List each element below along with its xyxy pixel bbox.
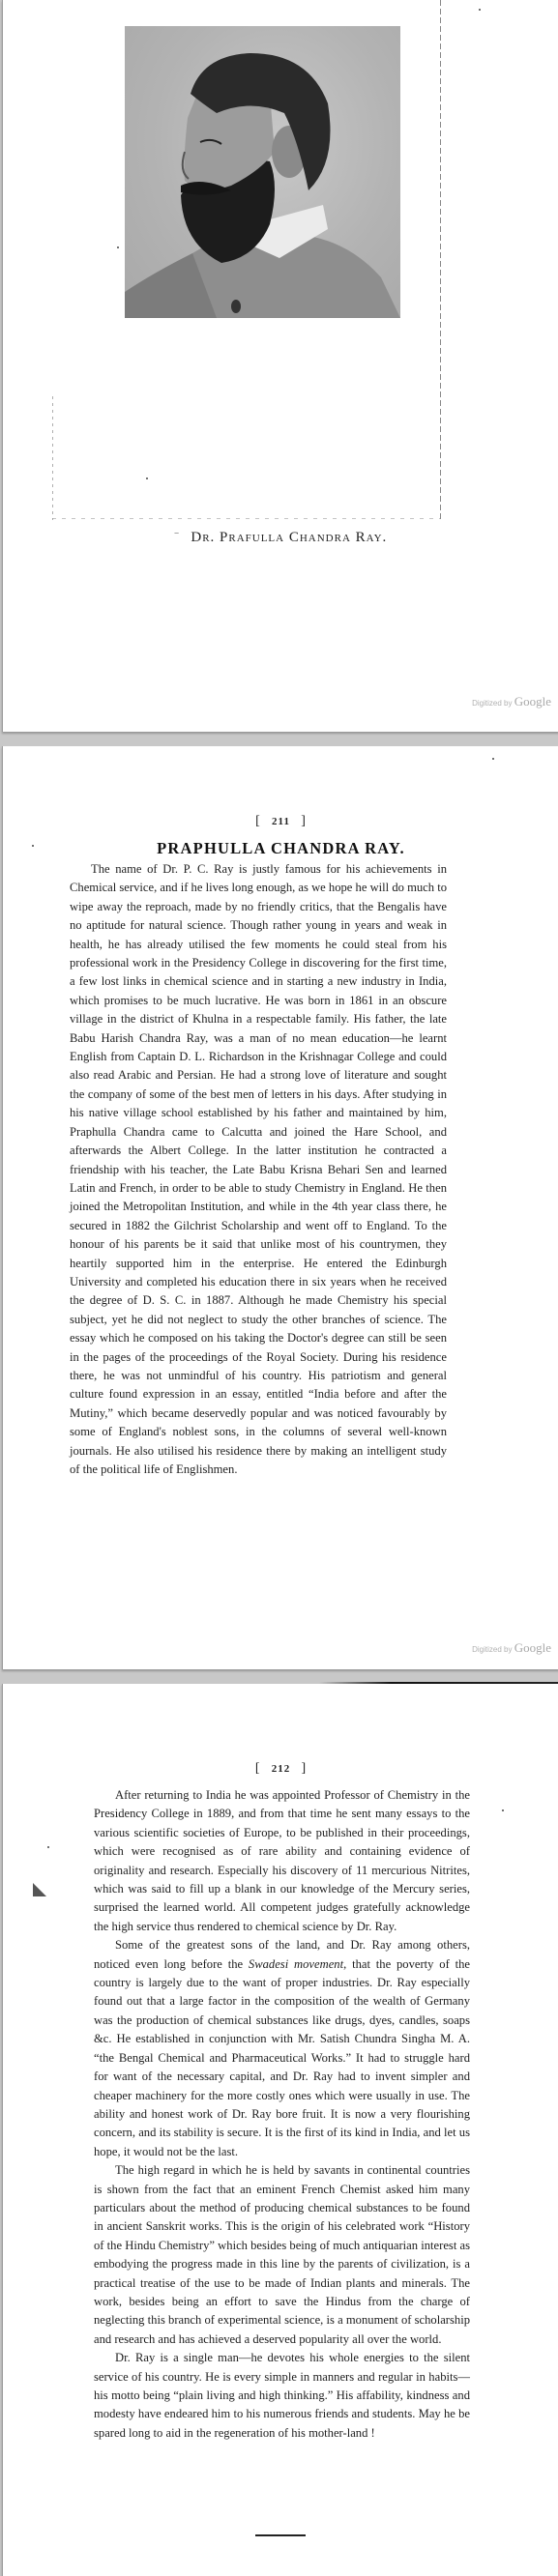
google-logo-text: Google: [514, 694, 551, 709]
scan-speck: [32, 845, 34, 847]
page-number-value: 211: [272, 816, 290, 827]
caption-text: Dr. Prafulla Chandra Ray.: [191, 530, 387, 545]
plate-border: [52, 518, 441, 519]
caption-mark: ‾: [175, 533, 180, 544]
book-page-211: [ 211 ] PRAPHULLA CHANDRA RAY. The name …: [2, 746, 558, 1669]
plate-border: [52, 396, 53, 520]
page-number: [ 211 ]: [3, 814, 558, 829]
paragraph: Some of the greatest sons of the land, a…: [94, 1936, 470, 2161]
paragraph: The name of Dr. P. C. Ray is justly famo…: [70, 860, 447, 1479]
scan-speck: [492, 758, 494, 760]
body-text: After returning to India he was appointe…: [94, 1786, 470, 2443]
watermark-prefix: Digitized by: [472, 1645, 512, 1654]
portrait-caption: ‾Dr. Prafulla Chandra Ray.: [3, 530, 558, 546]
scan-corner-mark: [33, 1883, 46, 1896]
plate-border: [440, 0, 441, 522]
digitized-by-google-watermark: Digitized by Google: [472, 694, 551, 709]
italic-term: Swadesi movement: [249, 1957, 343, 1971]
portrait-photograph: [125, 26, 400, 318]
scan-speck: [47, 1846, 49, 1848]
paragraph: After returning to India he was appointe…: [94, 1786, 470, 1936]
scan-speck: [502, 1809, 504, 1811]
scan-speck: [479, 9, 481, 11]
watermark-prefix: Digitized by: [472, 699, 512, 708]
paragraph-text: , that the poverty of the country is lar…: [94, 1957, 470, 2158]
google-logo-text: Google: [514, 1640, 551, 1655]
paragraph: Dr. Ray is a single man—he devotes his w…: [94, 2349, 470, 2443]
body-text: The name of Dr. P. C. Ray is justly famo…: [70, 860, 447, 1479]
page-number: [ 212 ]: [3, 1761, 558, 1777]
scan-speck: [146, 478, 148, 479]
paragraph: The high regard in which he is held by s…: [94, 2161, 470, 2349]
scan-speck: [117, 246, 119, 248]
end-rule-divider: [255, 2534, 306, 2536]
book-page-212: [ 212 ] After returning to India he was …: [2, 1684, 558, 2576]
portrait-illustration: [125, 26, 400, 318]
digitized-by-google-watermark: Digitized by Google: [472, 1640, 551, 1656]
page-number-value: 212: [272, 1763, 291, 1775]
book-page-plate: ‾Dr. Prafulla Chandra Ray. Digitized by …: [2, 0, 558, 732]
chapter-title: PRAPHULLA CHANDRA RAY.: [3, 839, 558, 858]
